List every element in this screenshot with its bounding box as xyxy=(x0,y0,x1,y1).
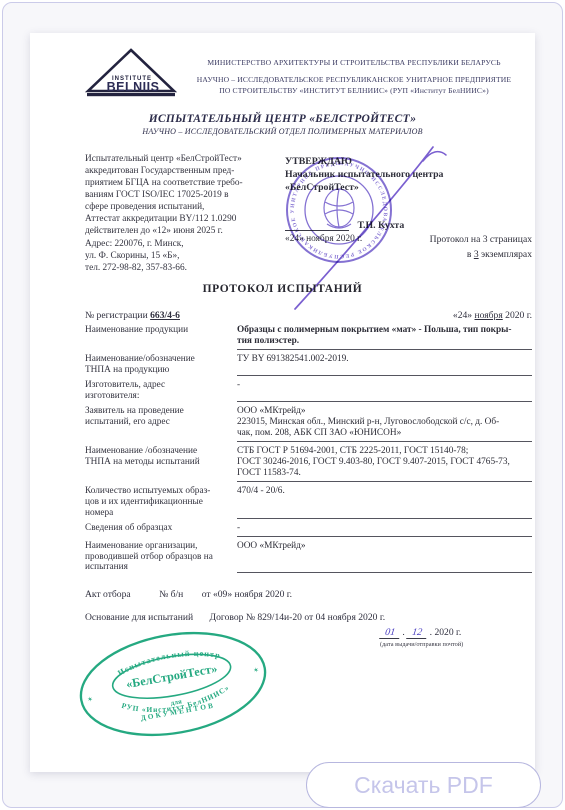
logo-line2: BELNIIS xyxy=(107,80,160,94)
issue-date-block: 01 . 12 . 2020 г. (дата выдачи/отправки … xyxy=(380,627,540,648)
center-title-block: ИСПЫТАТЕЛЬНЫЙ ЦЕНТР «БЕЛСТРОЙТЕСТ» НАУЧН… xyxy=(30,113,535,136)
field-row-manufacturer: Изготовитель, адрес изготовителя: - xyxy=(85,380,532,402)
field-row-sampling-org: Наименование организации, проводившей от… xyxy=(85,541,532,574)
ministry-header: МИНИСТЕРСТВО АРХИТЕКТУРЫ И СТРОИТЕЛЬСТВА… xyxy=(178,57,530,96)
issue-date-caption: (дата выдачи/отправки почтой) xyxy=(380,641,540,648)
issue-date-line: 01 . 12 . 2020 г. xyxy=(380,627,540,639)
ministry-line1: МИНИСТЕРСТВО АРХИТЕКТУРЫ И СТРОИТЕЛЬСТВА… xyxy=(178,57,530,68)
accreditation-text: Испытательный центр «БелСтройТест» аккре… xyxy=(85,153,280,274)
field-row-product: Наименование продукции Образцы с полимер… xyxy=(85,325,532,350)
oval-stamp-star-right: ✶ xyxy=(253,666,260,675)
field-row-sample-count: Количество испытуемых образ- цов и их ид… xyxy=(85,486,532,519)
registration-line: «24» ноября 2020 г. № регистрации 663/4-… xyxy=(85,310,532,321)
protocol-title: ПРОТОКОЛ ИСПЫТАНИЙ xyxy=(30,283,535,295)
download-pdf-button[interactable]: Скачать PDF xyxy=(306,762,541,808)
document-page: INSTITUTE BELNIIS МИНИСТЕРСТВО АРХИТЕКТУ… xyxy=(30,33,535,772)
sampling-act-line: Акт отбора № б/н от «09» ноября 2020 г. xyxy=(85,589,532,600)
reg-label: № регистрации xyxy=(85,310,148,321)
issue-day-handwritten: 01 xyxy=(379,627,401,639)
protocol-date: «24» ноября 2020 г. xyxy=(453,310,532,321)
copies-count: 3 xyxy=(474,249,479,260)
oval-stamp-star-left: ✶ xyxy=(87,695,94,704)
issue-month-handwritten: 12 xyxy=(406,627,428,639)
test-basis-line: Основание для испытаний Договор № 829/14… xyxy=(85,612,532,623)
field-row-test-methods: Наименование /обозначение ТНПА на методы… xyxy=(85,446,532,482)
protocol-fields: Наименование продукции Образцы с полимер… xyxy=(85,325,532,623)
center-subtitle: НАУЧНО – ИССЛЕДОВАТЕЛЬСКИЙ ОТДЕЛ ПОЛИМЕР… xyxy=(30,127,535,136)
field-row-tnpa-product: Наименование/обозначение ТНПА на продукц… xyxy=(85,354,532,376)
ministry-line2: НАУЧНО – ИССЛЕДОВАТЕЛЬСКОЕ РЕСПУБЛИКАНСК… xyxy=(178,74,530,96)
center-title: ИСПЫТАТЕЛЬНЫЙ ЦЕНТР «БЕЛСТРОЙТЕСТ» xyxy=(30,113,535,125)
belniis-logo-icon: INSTITUTE BELNIIS xyxy=(85,47,177,101)
oval-ink-stamp: Испытательный центр РУП «Институт БелНИИ… xyxy=(67,615,278,753)
field-row-sample-info: Сведения об образцах - xyxy=(85,523,532,537)
field-row-applicant: Заявитель на проведение испытаний, его а… xyxy=(85,406,532,442)
issue-year: 2020 г. xyxy=(434,627,461,638)
reg-number: 663/4-6 xyxy=(150,310,180,321)
